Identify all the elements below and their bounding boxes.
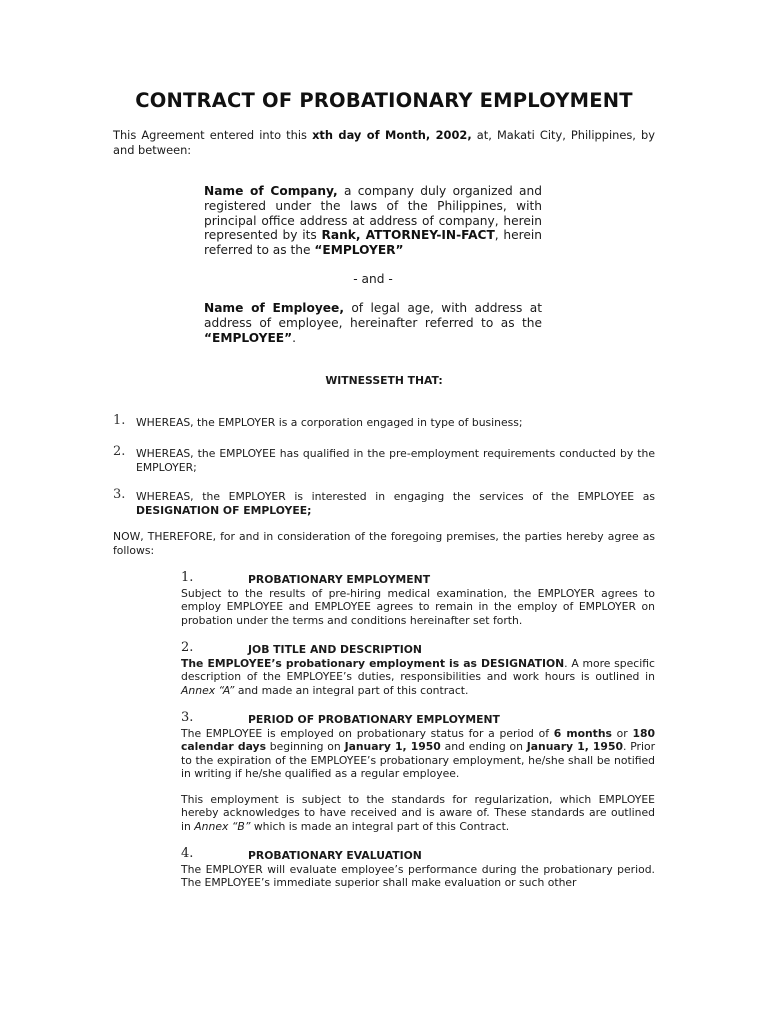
- now-therefore-clause: NOW, THEREFORE, for and in consideration…: [113, 530, 655, 558]
- employee-name: Name of Employee,: [204, 301, 344, 315]
- section-number: 4.: [181, 847, 193, 860]
- section-text: and made an integral part of this contra…: [234, 684, 468, 697]
- whereas-number: 3.: [113, 488, 125, 502]
- section-body: The EMPLOYEE is employed on probationary…: [181, 727, 655, 780]
- section-number: 2.: [181, 641, 193, 654]
- document-title: CONTRACT OF PROBATIONARY EMPLOYMENT: [113, 89, 655, 112]
- section-text: or: [612, 727, 633, 740]
- intro-text: This Agreement entered into this: [113, 128, 312, 142]
- section-number: 1.: [181, 571, 193, 584]
- employee-party-block: Name of Employee, of legal age, with add…: [204, 301, 542, 345]
- section-title: PROBATIONARY EVALUATION: [248, 849, 422, 862]
- whereas-item: 1. WHEREAS, the EMPLOYER is a corporatio…: [113, 416, 655, 430]
- whereas-text: WHEREAS, the EMPLOYER is interested in e…: [136, 490, 655, 503]
- representative-rank: Rank, ATTORNEY-IN-FACT: [322, 228, 495, 242]
- end-date: January 1, 1950: [527, 740, 623, 753]
- section-body: The EMPLOYEE’s probationary employment i…: [181, 657, 655, 697]
- section-text: beginning on: [266, 740, 345, 753]
- start-date: January 1, 1950: [345, 740, 441, 753]
- employee-period: .: [292, 331, 296, 345]
- intro-paragraph: This Agreement entered into this xth day…: [113, 128, 655, 157]
- annex-b-reference: Annex “B”: [194, 820, 250, 833]
- section-title: JOB TITLE AND DESCRIPTION: [248, 643, 422, 656]
- section-text: and ending on: [441, 740, 527, 753]
- designation-statement: The EMPLOYEE’s probationary employment i…: [181, 657, 564, 670]
- document-page: CONTRACT OF PROBATIONARY EMPLOYMENT This…: [0, 0, 768, 1024]
- section-number: 3.: [181, 711, 193, 724]
- employee-label: “EMPLOYEE”: [204, 331, 292, 345]
- annex-a-reference: Annex “A”: [181, 684, 234, 697]
- section-title: PERIOD OF PROBATIONARY EMPLOYMENT: [248, 713, 500, 726]
- section-body: Subject to the results of pre-hiring med…: [181, 587, 655, 627]
- section-probationary-employment: 1. PROBATIONARY EMPLOYMENT Subject to th…: [181, 573, 655, 627]
- section-body: The EMPLOYER will evaluate employee’s pe…: [181, 863, 655, 890]
- regularization-paragraph: This employment is subject to the standa…: [181, 793, 655, 833]
- whereas-item: 3. WHEREAS, the EMPLOYER is interested i…: [113, 490, 655, 518]
- employer-label: “EMPLOYER”: [314, 243, 403, 257]
- employee-designation: DESIGNATION OF EMPLOYEE;: [136, 504, 311, 517]
- section-probationary-evaluation: 4. PROBATIONARY EVALUATION The EMPLOYER …: [181, 849, 655, 890]
- section-probation-period: 3. PERIOD OF PROBATIONARY EMPLOYMENT The…: [181, 713, 655, 833]
- section-title: PROBATIONARY EMPLOYMENT: [248, 573, 430, 586]
- period-months: 6 months: [554, 727, 612, 740]
- whereas-text: WHEREAS, the EMPLOYER is a corporation e…: [136, 416, 523, 429]
- whereas-number: 2.: [113, 445, 125, 459]
- section-job-title: 2. JOB TITLE AND DESCRIPTION The EMPLOYE…: [181, 643, 655, 697]
- witnesseth-heading: WITNESSETH THAT:: [113, 374, 655, 387]
- whereas-number: 1.: [113, 414, 125, 428]
- agreement-date: xth day of Month, 2002,: [312, 128, 472, 142]
- whereas-text: WHEREAS, the EMPLOYEE has qualified in t…: [136, 447, 655, 474]
- employer-party-block: Name of Company, a company duly organize…: [204, 184, 542, 258]
- whereas-item: 2. WHEREAS, the EMPLOYEE has qualified i…: [113, 447, 655, 475]
- section-text: The EMPLOYEE is employed on probationary…: [181, 727, 554, 740]
- section-text: which is made an integral part of this C…: [250, 820, 509, 833]
- company-name: Name of Company,: [204, 184, 338, 198]
- and-separator: - and -: [204, 272, 542, 286]
